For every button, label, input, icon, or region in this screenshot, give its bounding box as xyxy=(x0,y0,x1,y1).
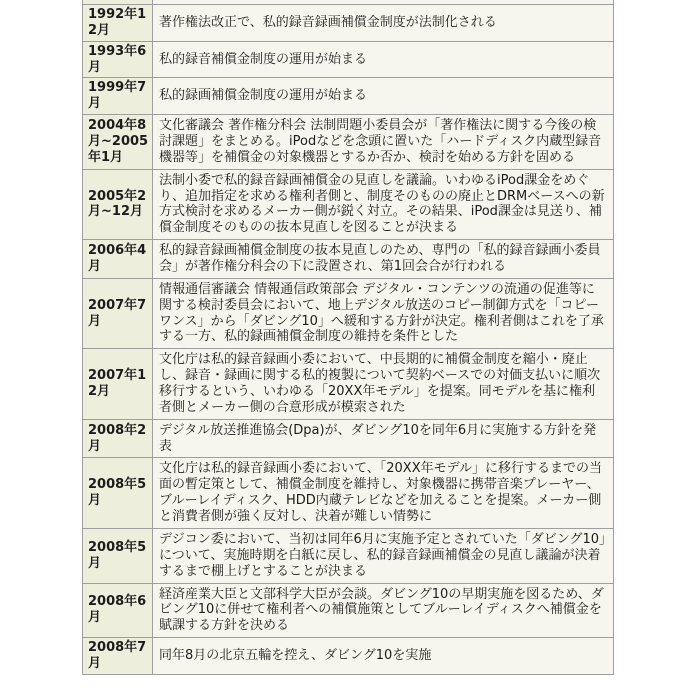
table-row: 1993年6月私的録音補償金制度の運用が始まる xyxy=(83,41,614,78)
table-row: 2005年2月~12月法制小委で私的録音録画補償金の見直しを議論。いわゆるiPo… xyxy=(83,169,614,239)
date-cell: 2005年2月~12月 xyxy=(83,169,153,239)
date-cell: 1993年6月 xyxy=(83,41,153,78)
date-cell: 2006年4月 xyxy=(83,240,153,279)
date-cell: 2007年7月 xyxy=(83,278,153,348)
date-cell: 2008年5月 xyxy=(83,528,153,583)
event-cell: 文化庁は私的録音録画小委において、中長期的に補償金制度を縮小・廃止し、録音・録画… xyxy=(153,349,614,419)
table-row: 2008年6月経済産業大臣と文部科学大臣が会談。ダビング10の早期実施を図るため… xyxy=(83,583,614,638)
date-cell: 1992年12月 xyxy=(83,5,153,42)
table-row: 2008年5月文化庁は私的録音録画小委において、「20XX年モデル」に移行するま… xyxy=(83,458,614,528)
table-row: 2008年7月同年8月の北京五輪を控え、ダビング10を実施 xyxy=(83,638,614,675)
table-row: 1992年12月著作権法改正で、私的録音録画補償金制度が法制化される xyxy=(83,5,614,42)
event-cell: 経済産業大臣と文部科学大臣が会談。ダビング10の早期実施を図るため、ダビング10… xyxy=(153,583,614,638)
event-cell: デジコン委において、当初は同年6月に実施予定とされていた「ダビング10」について… xyxy=(153,528,614,583)
table-row: 2008年2月デジタル放送推進協会(Dpa)が、ダビング10を同年6月に実施する… xyxy=(83,419,614,458)
timeline-table: 1992年12月著作権法改正で、私的録音録画補償金制度が法制化される1993年6… xyxy=(82,0,614,675)
timeline-table-container: 1992年12月著作権法改正で、私的録音録画補償金制度が法制化される1993年6… xyxy=(82,0,615,675)
event-cell: 文化審議会 著作権分科会 法制問題小委員会が「著作権法に関する今後の検討課題」を… xyxy=(153,115,614,170)
table-row: 2008年5月デジコン委において、当初は同年6月に実施予定とされていた「ダビング… xyxy=(83,528,614,583)
event-cell: 情報通信審議会 情報通信政策部会 デジタル・コンテンツの流通の促進等に関する検討… xyxy=(153,278,614,348)
table-row: 2007年12月文化庁は私的録音録画小委において、中長期的に補償金制度を縮小・廃… xyxy=(83,349,614,419)
date-cell: 2008年2月 xyxy=(83,419,153,458)
table-row: 2007年7月情報通信審議会 情報通信政策部会 デジタル・コンテンツの流通の促進… xyxy=(83,278,614,348)
table-row: 1999年7月私的録画補償金制度の運用が始まる xyxy=(83,78,614,115)
date-cell: 1999年7月 xyxy=(83,78,153,115)
event-cell: 著作権法改正で、私的録音録画補償金制度が法制化される xyxy=(153,5,614,42)
table-row: 2004年8月~2005年1月文化審議会 著作権分科会 法制問題小委員会が「著作… xyxy=(83,115,614,170)
event-cell: 私的録音補償金制度の運用が始まる xyxy=(153,41,614,78)
event-cell: デジタル放送推進協会(Dpa)が、ダビング10を同年6月に実施する方針を発表 xyxy=(153,419,614,458)
event-cell: 私的録画補償金制度の運用が始まる xyxy=(153,78,614,115)
date-cell: 2008年5月 xyxy=(83,458,153,528)
event-cell: 文化庁は私的録音録画小委において、「20XX年モデル」に移行するまでの当面の暫定… xyxy=(153,458,614,528)
event-cell: 私的録音録画補償金制度の抜本見直しのため、専門の「私的録音録画小委員会」が著作権… xyxy=(153,240,614,279)
event-cell: 同年8月の北京五輪を控え、ダビング10を実施 xyxy=(153,638,614,675)
table-row: 2006年4月私的録音録画補償金制度の抜本見直しのため、専門の「私的録音録画小委… xyxy=(83,240,614,279)
event-cell: 法制小委で私的録音録画補償金の見直しを議論。いわゆるiPod課金をめぐり、追加指… xyxy=(153,169,614,239)
date-cell: 2004年8月~2005年1月 xyxy=(83,115,153,170)
date-cell: 2007年12月 xyxy=(83,349,153,419)
date-cell: 2008年7月 xyxy=(83,638,153,675)
date-cell: 2008年6月 xyxy=(83,583,153,638)
timeline-table-body: 1992年12月著作権法改正で、私的録音録画補償金制度が法制化される1993年6… xyxy=(83,0,614,674)
